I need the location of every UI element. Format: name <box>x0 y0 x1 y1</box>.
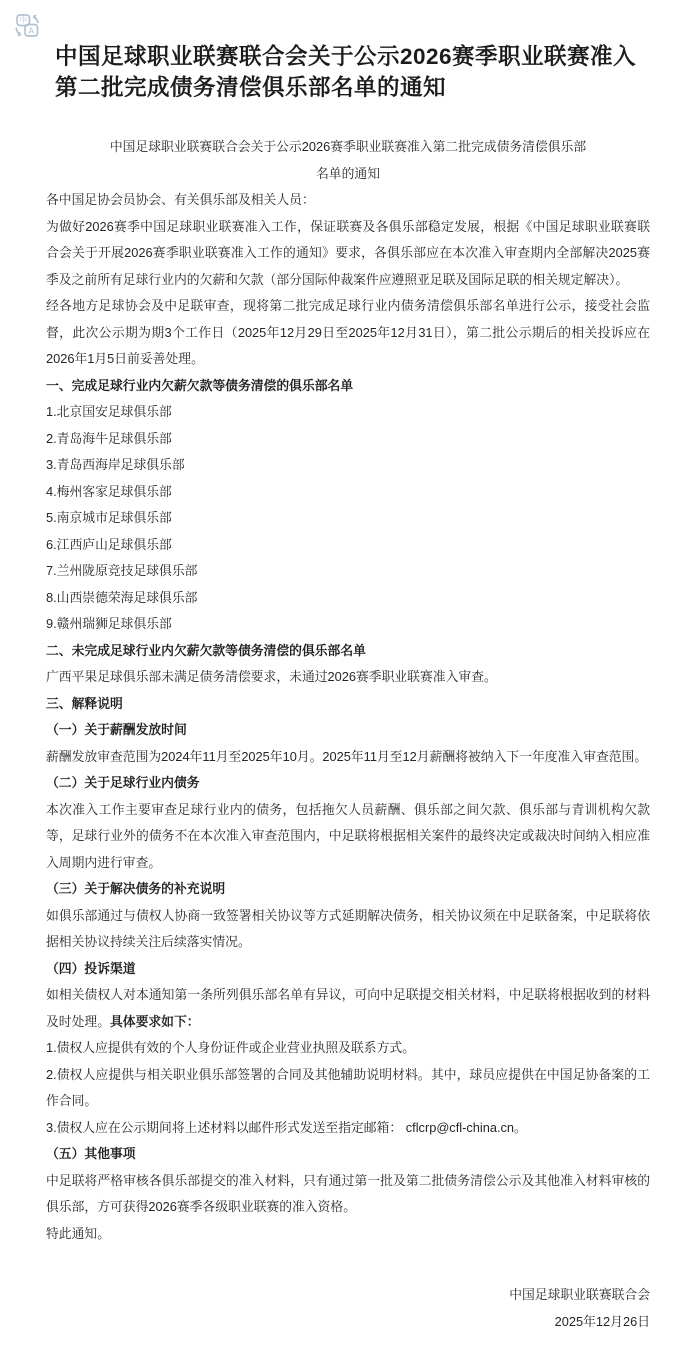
svg-text:中: 中 <box>19 15 27 25</box>
salutation: 各中国足协会员协会、有关俱乐部及相关人员： <box>46 187 650 214</box>
document-body: 中国足球职业联赛联合会关于公示2026赛季职业联赛准入第二批完成债务清偿俱乐部 … <box>46 134 650 1335</box>
list-item: 3.青岛西海岸足球俱乐部 <box>46 452 650 479</box>
sub4-body: 如相关债权人对本通知第一条所列俱乐部名单有异议，可向中足联提交相关材料，中足联将… <box>46 982 650 1035</box>
sub4-body-bold: 具体要求如下： <box>110 1014 200 1029</box>
closing-line: 特此通知。 <box>46 1221 650 1248</box>
list-item: 9.赣州瑞狮足球俱乐部 <box>46 611 650 638</box>
requirement-item: 1.债权人应提供有效的个人身份证件或企业营业执照及联系方式。 <box>46 1035 650 1062</box>
sub1-heading: （一）关于薪酬发放时间 <box>46 717 650 744</box>
page-title: 中国足球职业联赛联合会关于公示2026赛季职业联赛准入第二批完成债务清偿俱乐部名… <box>55 41 654 103</box>
sub2-body: 本次准入工作主要审查足球行业内的债务，包括拖欠人员薪酬、俱乐部之间欠款、俱乐部与… <box>46 797 650 877</box>
list-item: 1.北京国安足球俱乐部 <box>46 399 650 426</box>
signature-date: 2025年12月26日 <box>46 1309 650 1336</box>
doc-subtitle-line2: 名单的通知 <box>46 161 650 188</box>
intro-paragraph-1: 为做好2026赛季中国足球职业联赛准入工作，保证联赛及各俱乐部稳定发展，根据《中… <box>46 214 650 294</box>
svg-text:A: A <box>28 26 34 35</box>
sub4-heading: （四）投诉渠道 <box>46 956 650 983</box>
signature-org: 中国足球职业联赛联合会 <box>46 1282 650 1309</box>
section3-heading: 三、解释说明 <box>46 691 650 718</box>
list-item: 8.山西崇德荣海足球俱乐部 <box>46 585 650 612</box>
intro-paragraph-2: 经各地方足球协会及中足联审查，现将第二批完成足球行业内债务清偿俱乐部名单进行公示… <box>46 293 650 373</box>
translate-icon[interactable]: 中 A <box>13 12 41 40</box>
list-item: 4.梅州客家足球俱乐部 <box>46 479 650 506</box>
list-item: 5.南京城市足球俱乐部 <box>46 505 650 532</box>
sub3-heading: （三）关于解决债务的补充说明 <box>46 876 650 903</box>
sub3-body: 如俱乐部通过与债权人协商一致签署相关协议等方式延期解决债务，相关协议须在中足联备… <box>46 903 650 956</box>
sub5-body: 中足联将严格审核各俱乐部提交的准入材料，只有通过第一批及第二批债务清偿公示及其他… <box>46 1168 650 1221</box>
sub1-body: 薪酬发放审查范围为2024年11月至2025年10月。2025年11月至12月薪… <box>46 744 650 771</box>
requirement-item: 2.债权人应提供与相关职业俱乐部签署的合同及其他辅助说明材料。其中，球员应提供在… <box>46 1062 650 1115</box>
list-item: 2.青岛海牛足球俱乐部 <box>46 426 650 453</box>
doc-subtitle-line1: 中国足球职业联赛联合会关于公示2026赛季职业联赛准入第二批完成债务清偿俱乐部 <box>46 134 650 161</box>
list-item: 7.兰州陇原竞技足球俱乐部 <box>46 558 650 585</box>
sub2-heading: （二）关于足球行业内债务 <box>46 770 650 797</box>
sub5-heading: （五）其他事项 <box>46 1141 650 1168</box>
section2-body: 广西平果足球俱乐部未满足债务清偿要求，未通过2026赛季职业联赛准入审查。 <box>46 664 650 691</box>
section1-heading: 一、完成足球行业内欠薪欠款等债务清偿的俱乐部名单 <box>46 373 650 400</box>
list-item: 6.江西庐山足球俱乐部 <box>46 532 650 559</box>
section2-heading: 二、未完成足球行业内欠薪欠款等债务清偿的俱乐部名单 <box>46 638 650 665</box>
signature-block: 中国足球职业联赛联合会 2025年12月26日 <box>46 1282 650 1335</box>
requirement-item: 3.债权人应在公示期间将上述材料以邮件形式发送至指定邮箱： cflcrp@cfl… <box>46 1115 650 1142</box>
